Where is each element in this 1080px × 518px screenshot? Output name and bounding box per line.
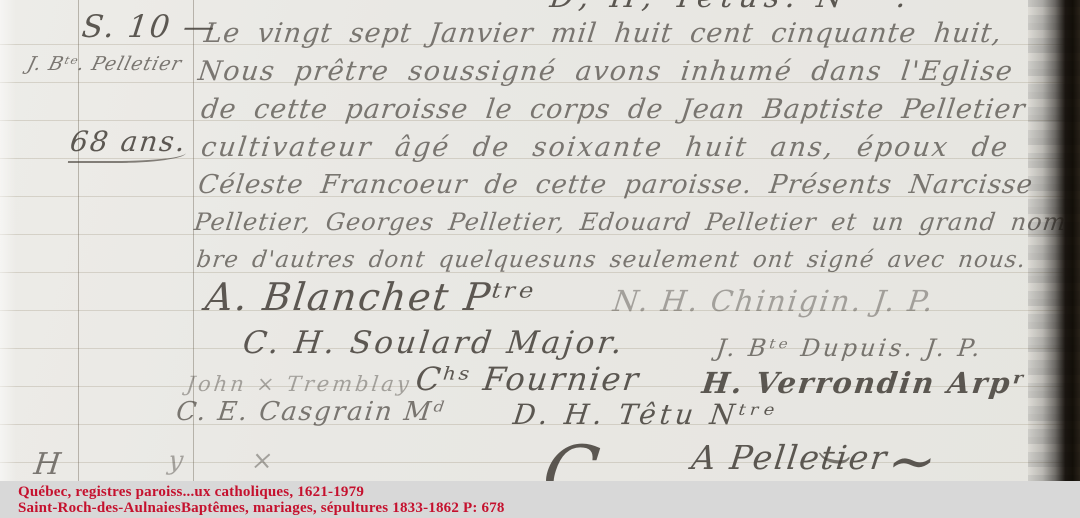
signature-fournier: Cʰˢ Fournier	[414, 363, 642, 395]
act-line: Céleste Francoeur de cette paroisse. Pré…	[197, 172, 1035, 198]
citation-source-detail: Saint-Roch-des-AulnaiesBaptêmes, mariage…	[18, 500, 505, 517]
act-line: Pelletier, Georges Pelletier, Edouard Pe…	[193, 210, 1077, 234]
previous-entry-signature-fragment: D, H, Têtus. Nᵗʳᵉ.	[548, 0, 913, 13]
signature-chinigin-jp: N. H. Chinigin. J. P.	[611, 287, 936, 316]
act-line: Le vingt sept Janvier mil huit cent cinq…	[203, 20, 1004, 47]
book-gutter-shadow	[1028, 0, 1080, 481]
signature-verrondin-arp: H. Verrondin Arpʳ	[700, 369, 1027, 398]
bottom-right-stroke: )	[818, 452, 852, 466]
margin-age: 68 ans.	[69, 128, 189, 156]
bottom-left-marks: y ×	[167, 448, 305, 474]
signature-tremblay-mark: John × Tremblay	[185, 374, 413, 395]
signature-blanchet-ptre: A. Blanchet Pᵗʳᵉ	[203, 278, 537, 316]
act-line: Nous prêtre soussigné avons inhumé dans …	[197, 58, 1015, 85]
register-image-viewer: D, H, Têtus. Nᵗʳᵉ. S. 10 — J. Bᵗᵉ. Pelle…	[0, 0, 1080, 518]
citation-collection-title: Québec, registres paroiss...ux catholiqu…	[18, 484, 364, 501]
signature-tetu-ntre: D. H. Têtu Nᵗʳᵉ	[512, 401, 780, 429]
signature-casgrain-md: C. E. Casgrain Mᵈ	[175, 399, 447, 425]
act-line: bre d'autres dont quelquesuns seulement …	[195, 249, 1027, 272]
signature-dupuis-jp: J. Bᵗᵉ Dupuis. J. P.	[715, 336, 984, 360]
act-line: de cette paroisse le corps de Jean Bapti…	[200, 96, 1027, 123]
bottom-margin-stroke: H	[32, 450, 62, 480]
margin-name: J. Bᵗᵉ. Pelletier	[25, 55, 184, 74]
register-scan[interactable]: D, H, Têtus. Nᵗʳᵉ. S. 10 — J. Bᵗᵉ. Pelle…	[0, 0, 1080, 518]
page-edge-highlight	[0, 0, 16, 481]
signature-soulard-major: C. H. Soulard Major.	[241, 328, 626, 359]
act-line: cultivateur âgé de soixante huit ans, ép…	[200, 134, 1011, 161]
margin-entry-number: S. 10 —	[80, 12, 218, 43]
image-citation-bar: Québec, registres paroiss...ux catholiqu…	[0, 481, 1080, 518]
